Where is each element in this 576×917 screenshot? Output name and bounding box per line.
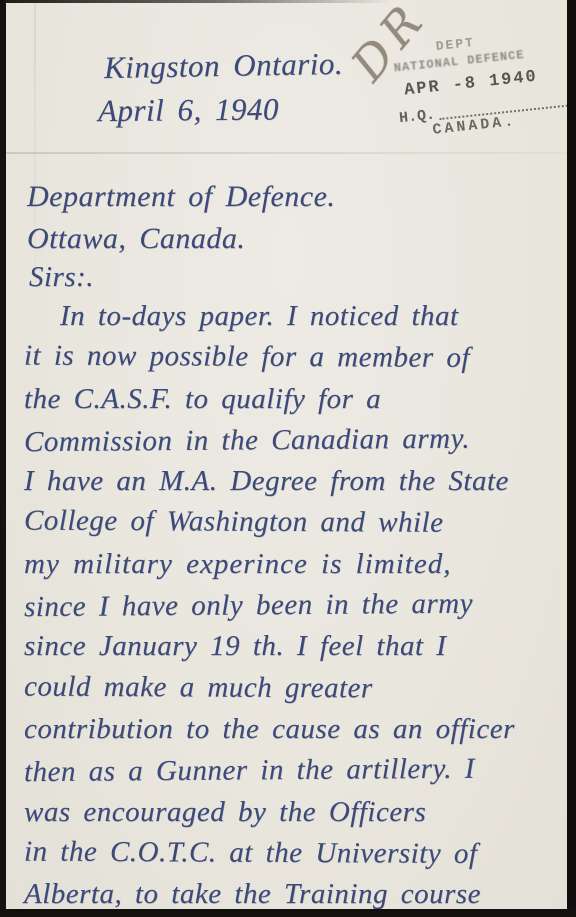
letter-body: In to-days paper. I noticed that it is n… — [24, 296, 572, 915]
dateline-city: Kingston Ontario. — [98, 42, 344, 90]
body-line: in the C.O.T.C. at the University of — [24, 831, 572, 875]
letter-scan: Kingston Ontario. April 6, 1940 DR DEPT … — [0, 0, 576, 917]
body-line: since January 19 th. I feel that I — [24, 626, 572, 667]
body-line: In to-days paper. I noticed that — [24, 296, 572, 337]
body-line: the C.A.S.F. to qualify for a — [24, 379, 572, 420]
recipient-line-1: Department of Defence. — [27, 176, 335, 218]
scan-edge-left — [0, 0, 6, 917]
recipient-address: Department of Defence. Ottawa, Canada. — [27, 176, 335, 260]
body-line: since I have only been in the army — [24, 583, 572, 629]
body-line: contribution to the cause as an officer — [24, 709, 572, 750]
received-stamp: DEPT NATIONAL DEFENCE APR -8 1940 H.Q. C… — [391, 25, 576, 142]
body-line: then as a Gunner in the artillery. I — [24, 748, 572, 794]
dateline-date: April 6, 1940 — [98, 87, 344, 133]
body-line: was encouraged by the Officers — [24, 792, 572, 833]
body-line: my military experince is limited, — [24, 544, 572, 585]
scan-edge-top — [0, 0, 392, 3]
scan-edge-right — [567, 0, 576, 917]
salutation: Sirs:. — [29, 261, 94, 294]
dateline: Kingston Ontario. April 6, 1940 — [98, 44, 343, 132]
paper-crease-horizontal — [0, 152, 576, 154]
body-line: it is now possible for a member of — [24, 336, 572, 380]
body-line: I have an M.A. Degree from the State — [24, 461, 572, 502]
body-line: could make a much greater — [24, 666, 572, 710]
recipient-line-2: Ottawa, Canada. — [27, 218, 335, 260]
scan-edge-bottom — [0, 909, 576, 917]
body-line: College of Washington and while — [24, 501, 572, 545]
body-line: Commission in the Canadian army. — [24, 418, 572, 464]
